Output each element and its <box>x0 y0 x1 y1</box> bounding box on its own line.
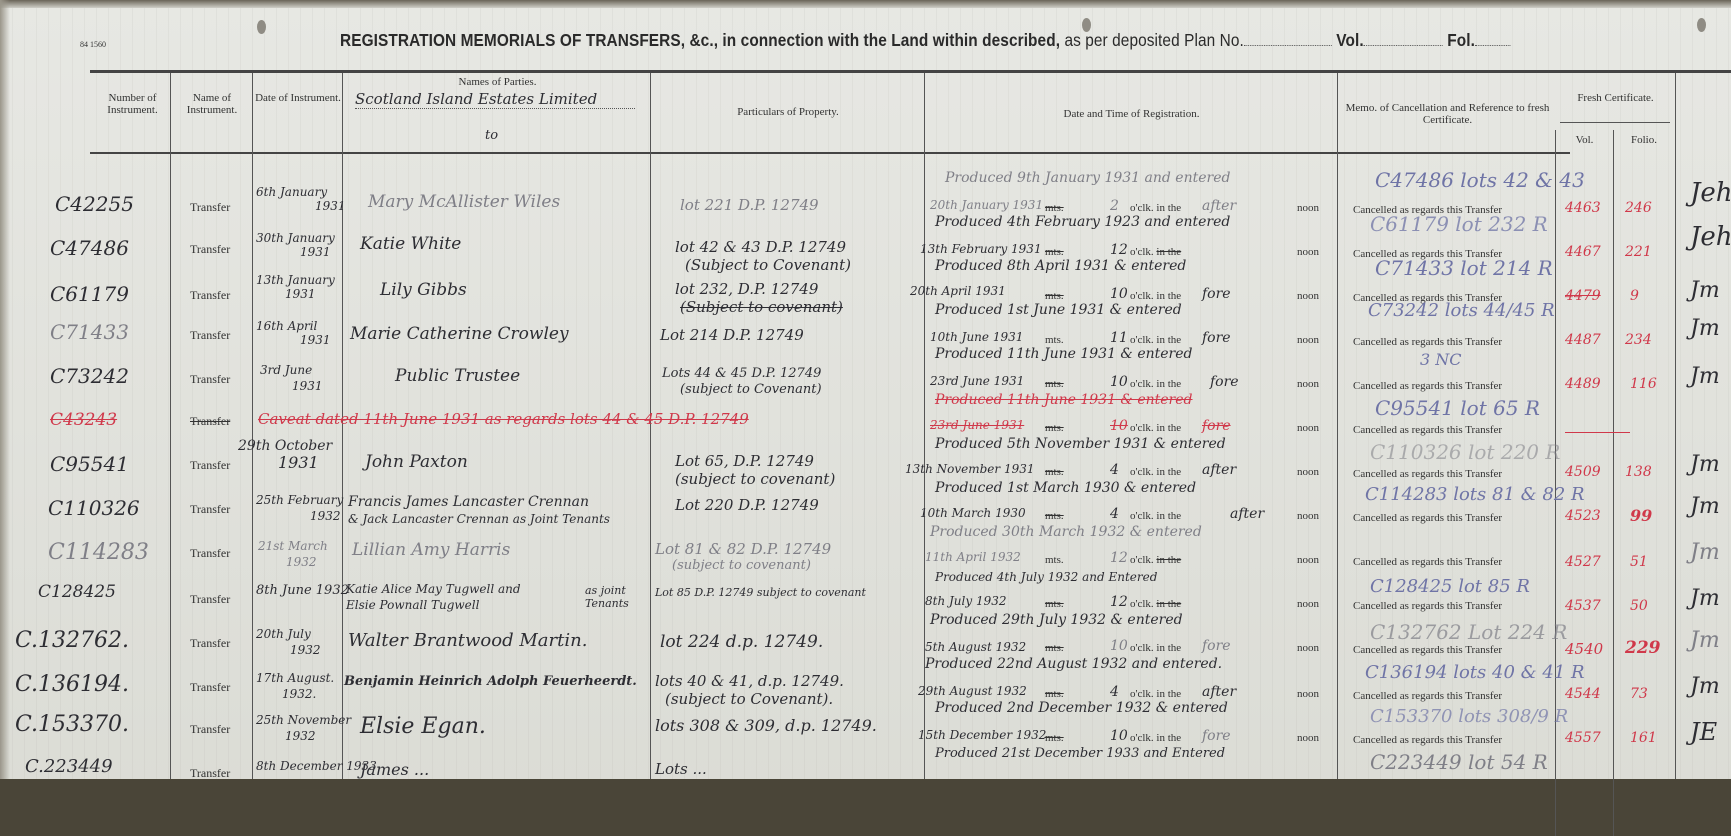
produced-note: Produced 4th July 1932 and Entered <box>935 570 1157 584</box>
am-pm: after <box>1202 198 1236 214</box>
fresh-folio: 51 <box>1630 554 1648 570</box>
minutes-label: mts. <box>1045 246 1064 258</box>
instrument-name: Transfer <box>190 636 230 651</box>
party-name: Katie White <box>360 234 461 254</box>
instrument-date: 20th July <box>256 628 311 641</box>
instrument-date: 6th January <box>256 186 327 199</box>
hour: 2 <box>1110 198 1119 214</box>
instrument-date: 16th April <box>256 320 317 333</box>
hour: 12 <box>1110 594 1128 610</box>
registration-date: 11th April 1932 <box>925 550 1021 564</box>
noon-label: noon <box>1297 688 1319 700</box>
red-underline <box>1565 432 1630 433</box>
instrument-year: 1931 <box>292 380 323 393</box>
noon-label: noon <box>1297 554 1319 566</box>
minutes-label: mts. <box>1045 378 1064 390</box>
registration-date: 23rd June 1931 <box>930 418 1024 432</box>
oclock-label: o'clk. in the <box>1130 598 1181 610</box>
hour: 4 <box>1110 462 1119 478</box>
memo-cancelled: Cancelled as regards this Transfer <box>1353 468 1502 480</box>
party-name: Public Trustee <box>395 366 520 386</box>
header-registration: Date and Time of Registration. <box>926 108 1337 120</box>
registration-date: 20th April 1931 <box>910 284 1006 298</box>
instrument-year: 1932. <box>282 688 316 701</box>
initials: Jeh <box>1690 222 1731 252</box>
minutes-label: mts. <box>1045 290 1064 302</box>
page-title: REGISTRATION MEMORIALS OF TRANSFERS, &c.… <box>340 30 1510 51</box>
property-particulars: Lot 220 D.P. 12749 <box>675 496 819 514</box>
instrument-number: C114283 <box>48 540 149 565</box>
property-particulars: Lot 85 D.P. 12749 subject to covenant <box>655 586 866 599</box>
instrument-name: Transfer <box>190 722 230 737</box>
header-parties-to: to <box>485 128 498 143</box>
am-pm: after <box>1230 506 1264 522</box>
fresh-vol: 4479 <box>1565 288 1601 304</box>
party-name: John Paxton <box>365 452 468 472</box>
hour: 12 <box>1110 242 1128 258</box>
instrument-date: 25th February <box>256 494 343 507</box>
oclock-label: o'clk. in the <box>1130 732 1181 744</box>
instrument-date: 3rd June <box>260 364 312 377</box>
am-pm: fore <box>1202 418 1231 434</box>
fresh-vol: 4527 <box>1565 554 1601 570</box>
instrument-name: Transfer <box>190 372 230 387</box>
initials: Jm <box>1690 540 1720 565</box>
party-name: Katie Alice May Tugwell and <box>346 582 521 596</box>
instrument-date: 30th January <box>256 232 335 245</box>
noon-label: noon <box>1297 466 1319 478</box>
noon-label: noon <box>1297 202 1319 214</box>
fresh-vol: 4557 <box>1565 730 1601 746</box>
fresh-vol: 4467 <box>1565 244 1601 260</box>
instrument-number: C.136194. <box>15 672 129 697</box>
fresh-vol: 4509 <box>1565 464 1601 480</box>
header-parties-from: Scotland Island Estates Limited <box>355 90 635 109</box>
property-particulars: lots 308 & 309, d.p. 12749. <box>655 716 877 735</box>
am-pm: fore <box>1202 638 1231 654</box>
instrument-name: Transfer <box>190 592 230 607</box>
am-pm: fore <box>1202 728 1231 744</box>
memo-reference: C132762 Lot 224 R <box>1370 620 1567 644</box>
instrument-year: 1932 <box>286 556 317 569</box>
instrument-date: 13th January <box>256 274 335 287</box>
produced-note: Produced 11th June 1931 & entered <box>935 346 1193 362</box>
produced-note: Produced 9th January 1931 and entered <box>945 170 1230 186</box>
property-note: (subject to covenant) <box>675 470 835 488</box>
instrument-number: C95541 <box>50 452 129 476</box>
fresh-folio: 161 <box>1630 730 1657 746</box>
minutes-label: mts. <box>1045 732 1064 744</box>
fresh-vol: 4523 <box>1565 508 1601 524</box>
minutes-label: mts. <box>1045 554 1064 566</box>
property-note: (subject to Covenant). <box>665 690 833 708</box>
oclock-label: o'clk. in the <box>1130 554 1181 566</box>
party-name: James ... <box>360 760 429 779</box>
minutes-label: mts. <box>1045 334 1064 346</box>
noon-label: noon <box>1297 732 1319 744</box>
initials: Jm <box>1690 674 1720 699</box>
instrument-date: 8th December 1933 <box>256 760 377 773</box>
column-divider <box>1613 130 1614 779</box>
instrument-year: 1931 <box>300 246 331 259</box>
header-number: Number of Instrument. <box>95 92 170 116</box>
instrument-number: C71433 <box>50 320 129 344</box>
produced-note: Produced 4th February 1923 and entered <box>935 214 1230 230</box>
instrument-name: Transfer <box>190 242 230 257</box>
noon-label: noon <box>1297 510 1319 522</box>
minutes-label: mts. <box>1045 598 1064 610</box>
registration-date: 29th August 1932 <box>918 684 1027 698</box>
property-particulars: Lot 65, D.P. 12749 <box>675 452 814 470</box>
column-divider <box>924 73 925 779</box>
minutes-label: mts. <box>1045 202 1064 214</box>
instrument-date: 29th October <box>238 440 332 453</box>
fresh-folio: 138 <box>1625 464 1652 480</box>
property-particulars: Lots ... <box>655 760 707 778</box>
oclock-label: o'clk. in the <box>1130 422 1181 434</box>
instrument-name: Transfer <box>190 328 230 343</box>
instrument-date: 17th August. <box>256 672 334 685</box>
property-note: (subject to covenant) <box>672 558 811 573</box>
minutes-label: mts. <box>1045 510 1064 522</box>
header-parties-label: Names of Parties. <box>345 76 650 88</box>
property-particulars: lot 42 & 43 D.P. 12749 <box>675 238 846 256</box>
initials: Jm <box>1690 278 1720 303</box>
oclock-label: o'clk. in the <box>1130 688 1181 700</box>
oclock-label: o'clk. in the <box>1130 202 1181 214</box>
fresh-folio: 73 <box>1630 686 1648 702</box>
fresh-folio: 50 <box>1630 598 1648 614</box>
instrument-date: 8th June 1932 <box>256 584 349 597</box>
header-bottom-rule <box>90 152 1570 154</box>
header-date: Date of Instrument. <box>254 92 342 104</box>
fresh-vol: 4463 <box>1565 200 1601 216</box>
minutes-label: mts. <box>1045 466 1064 478</box>
fresh-vol: 4544 <box>1565 686 1601 702</box>
am-pm: fore <box>1202 330 1231 346</box>
produced-note: Produced 30th March 1932 & entered <box>930 524 1202 540</box>
property-note: (Subject to covenant) <box>680 298 843 316</box>
oclock-label: o'clk. in the <box>1130 246 1181 258</box>
memo-reference: C73242 lots 44/45 R <box>1368 300 1555 321</box>
page-edge-shadow <box>0 0 1731 8</box>
property-note: (subject to Covenant) <box>680 382 822 397</box>
memo-reference: C128425 lot 85 R <box>1370 576 1530 597</box>
party-name: Lily Gibbs <box>380 280 467 300</box>
vol-label: Vol. <box>1336 30 1363 50</box>
instrument-number: C73242 <box>50 364 129 388</box>
punch-hole <box>1697 18 1706 32</box>
memo-cancelled: Cancelled as regards this Transfer <box>1353 734 1502 746</box>
fresh-vol: 4537 <box>1565 598 1601 614</box>
hour: 4 <box>1110 684 1119 700</box>
registration-date: 20th January 1931 <box>930 198 1043 212</box>
property-particulars: Lot 81 & 82 D.P. 12749 <box>655 540 831 558</box>
hour: 10 <box>1110 418 1128 434</box>
memo-reference: C47486 lots 42 & 43 <box>1375 168 1585 192</box>
hour: 10 <box>1110 374 1128 390</box>
memo-reference: C71433 lot 214 R <box>1375 256 1553 280</box>
am-pm: after <box>1202 462 1236 478</box>
instrument-year: 1932 <box>285 730 316 743</box>
registration-date: 8th July 1932 <box>925 594 1007 608</box>
column-divider <box>252 73 253 779</box>
property-particulars: Lots 44 & 45 D.P. 12749 <box>662 366 821 381</box>
hour: 11 <box>1110 330 1128 346</box>
produced-note: Produced 11th June 1931 & entered <box>935 392 1193 408</box>
fresh-folio: 221 <box>1625 244 1652 260</box>
noon-label: noon <box>1297 246 1319 258</box>
memo-cancelled: Cancelled as regards this Transfer <box>1353 556 1502 568</box>
fresh-folio: 9 <box>1630 288 1639 304</box>
oclock-label: o'clk. in the <box>1130 642 1181 654</box>
instrument-name: Transfer <box>190 546 230 561</box>
produced-note: Produced 5th November 1931 & entered <box>935 436 1226 452</box>
party-name: Lillian Amy Harris <box>352 540 510 560</box>
initials: Jeh <box>1690 178 1731 208</box>
party-name: Francis James Lancaster Crennan <box>348 494 589 510</box>
memo-reference: C110326 lot 220 R <box>1370 440 1560 464</box>
header-fresh-cert: Fresh Certificate. <box>1558 92 1673 104</box>
header-memo: Memo. of Cancellation and Reference to f… <box>1345 102 1550 126</box>
instrument-number: C.223449 <box>25 756 113 777</box>
initials: Jm <box>1690 494 1720 519</box>
party-name-2: Elsie Pownall Tugwell <box>346 598 479 612</box>
header-name: Name of Instrument. <box>172 92 252 116</box>
instrument-name: Transfer <box>190 458 230 473</box>
fresh-vol: 4489 <box>1565 376 1601 392</box>
registration-date: 13th November 1931 <box>905 462 1035 476</box>
title-main: REGISTRATION MEMORIALS OF TRANSFERS, &c.… <box>340 30 1060 50</box>
memo-reference: C95541 lot 65 R <box>1375 396 1540 420</box>
noon-label: noon <box>1297 642 1319 654</box>
instrument-number: C47486 <box>50 236 129 260</box>
noon-label: noon <box>1297 422 1319 434</box>
page-binding-shadow <box>0 0 10 779</box>
instrument-year: 1931 <box>278 456 319 469</box>
fresh-cert-divider <box>1560 122 1670 123</box>
produced-note: Produced 1st June 1931 & entered <box>935 302 1182 318</box>
registration-date: 10th June 1931 <box>930 330 1023 344</box>
memo-reference: C114283 lots 81 & 82 R <box>1365 484 1585 505</box>
initials: Jm <box>1690 586 1720 611</box>
noon-label: noon <box>1297 290 1319 302</box>
property-particulars: lot 221 D.P. 12749 <box>680 196 819 214</box>
instrument-date: 21st March <box>258 540 328 553</box>
instrument-name: Transfer <box>190 766 230 779</box>
am-pm: after <box>1202 684 1236 700</box>
noon-label: noon <box>1297 598 1319 610</box>
instrument-number: C43243 <box>50 410 117 430</box>
memo-reference: C153370 lots 308/9 R <box>1370 706 1568 727</box>
fresh-folio: 234 <box>1625 332 1652 348</box>
oclock-label: o'clk. in the <box>1130 466 1181 478</box>
minutes-label: mts. <box>1045 422 1064 434</box>
property-particulars: Lot 214 D.P. 12749 <box>660 326 804 344</box>
produced-note: Produced 2nd December 1932 & entered <box>935 700 1228 716</box>
instrument-year: 1932 <box>290 644 321 657</box>
hour: 10 <box>1110 286 1128 302</box>
hour: 4 <box>1110 506 1119 522</box>
instrument-year: 1931 <box>300 334 331 347</box>
oclock-label: o'clk. in the <box>1130 334 1181 346</box>
registration-date: 5th August 1932 <box>925 640 1026 654</box>
title-tail: as per deposited Plan No. <box>1064 30 1243 50</box>
header-folio: Folio. <box>1614 134 1674 146</box>
instrument-number: C42255 <box>55 192 134 216</box>
am-pm: fore <box>1210 374 1239 390</box>
fresh-vol: 4487 <box>1565 332 1601 348</box>
memo-cancelled: Cancelled as regards this Transfer <box>1353 512 1502 524</box>
property-particulars: lot 224 d.p. 12749. <box>660 632 823 652</box>
caveat-note: Caveat dated 11th June 1931 as regards l… <box>258 410 749 428</box>
fresh-folio: 229 <box>1625 638 1661 658</box>
registration-date: 15th December 1932 <box>918 728 1046 742</box>
property-particulars: lot 232, D.P. 12749 <box>675 280 818 298</box>
party-name: Walter Brantwood Martin. <box>348 630 587 651</box>
registration-date: 10th March 1930 <box>920 506 1026 520</box>
column-divider <box>170 73 171 779</box>
initials: Jm <box>1690 364 1720 389</box>
ledger-page: 84 1560 REGISTRATION MEMORIALS OF TRANSF… <box>0 0 1731 779</box>
fresh-vol: 4540 <box>1565 640 1603 658</box>
produced-note: Produced 21st December 1933 and Entered <box>935 746 1225 761</box>
initials: Jm <box>1690 316 1720 341</box>
party-name-2: & Jack Lancaster Crennan as Joint Tenant… <box>348 512 610 526</box>
instrument-name: Transfer <box>190 288 230 303</box>
memo-reference: 3 NC <box>1420 350 1462 369</box>
memo-cancelled: Cancelled as regards this Transfer <box>1353 424 1502 436</box>
am-pm: fore <box>1202 286 1231 302</box>
noon-label: noon <box>1297 378 1319 390</box>
initials: Jm <box>1690 452 1720 477</box>
initials: Jm <box>1690 628 1720 653</box>
oclock-label: o'clk. in the <box>1130 290 1181 302</box>
memo-cancelled: Cancelled as regards this Transfer <box>1353 600 1502 612</box>
minutes-label: mts. <box>1045 642 1064 654</box>
memo-reference: C61179 lot 232 R <box>1370 212 1548 236</box>
party-name: Marie Catherine Crowley <box>350 324 569 344</box>
party-note: as joint Tenants <box>585 584 645 610</box>
instrument-year: 1932 <box>310 510 341 523</box>
produced-note: Produced 8th April 1931 & entered <box>935 258 1186 274</box>
instrument-name: Transfer <box>190 414 230 429</box>
property-particulars: lots 40 & 41, d.p. 12749. <box>655 672 844 690</box>
initials: JE <box>1690 718 1717 746</box>
header-particulars: Particulars of Property. <box>652 106 924 118</box>
instrument-number: C128425 <box>38 582 116 602</box>
column-divider <box>1337 73 1338 779</box>
instrument-year: 1931 <box>285 288 316 301</box>
instrument-number: C.153370. <box>15 712 129 737</box>
instrument-number: C61179 <box>50 282 129 306</box>
memo-reference: C223449 lot 54 R <box>1370 750 1548 774</box>
instrument-number: C.132762. <box>15 628 129 653</box>
registration-date: 13th February 1931 <box>920 242 1042 256</box>
produced-note: Produced 29th July 1932 & entered <box>930 612 1183 628</box>
party-name: Elsie Egan. <box>360 714 486 739</box>
party-name: Mary McAllister Wiles <box>368 192 560 212</box>
noon-label: noon <box>1297 334 1319 346</box>
property-note: (Subject to Covenant) <box>685 256 851 274</box>
fresh-folio: 99 <box>1630 506 1652 525</box>
form-number: 84 1560 <box>80 40 106 49</box>
memo-cancelled: Cancelled as regards this Transfer <box>1353 336 1502 348</box>
instrument-date: 25th November <box>256 714 351 727</box>
minutes-label: mts. <box>1045 688 1064 700</box>
party-name: Benjamin Heinrich Adolph Feuerheerdt. <box>344 674 637 689</box>
memo-reference: C136194 lots 40 & 41 R <box>1365 662 1585 683</box>
produced-note: Produced 22nd August 1932 and entered. <box>925 656 1222 672</box>
punch-hole <box>257 20 266 34</box>
hour: 12 <box>1110 550 1128 566</box>
hour: 10 <box>1110 728 1128 744</box>
hour: 10 <box>1110 638 1128 654</box>
memo-cancelled: Cancelled as regards this Transfer <box>1353 380 1502 392</box>
registration-date: 23rd June 1931 <box>930 374 1024 388</box>
fresh-folio: 246 <box>1625 200 1652 216</box>
memo-cancelled: Cancelled as regards this Transfer <box>1353 690 1502 702</box>
oclock-label: o'clk. in the <box>1130 510 1181 522</box>
header-vol: Vol. <box>1556 134 1613 146</box>
column-divider <box>1675 73 1676 779</box>
oclock-label: o'clk. in the <box>1130 378 1181 390</box>
instrument-year: 1931 <box>315 200 346 213</box>
instrument-name: Transfer <box>190 502 230 517</box>
instrument-name: Transfer <box>190 680 230 695</box>
instrument-name: Transfer <box>190 200 230 215</box>
fresh-folio: 116 <box>1630 376 1657 392</box>
fol-label: Fol. <box>1447 30 1475 50</box>
produced-note: Produced 1st March 1930 & entered <box>935 480 1196 496</box>
memo-cancelled: Cancelled as regards this Transfer <box>1353 644 1502 656</box>
instrument-number: C110326 <box>48 496 140 520</box>
header-top-rule <box>90 70 1731 73</box>
